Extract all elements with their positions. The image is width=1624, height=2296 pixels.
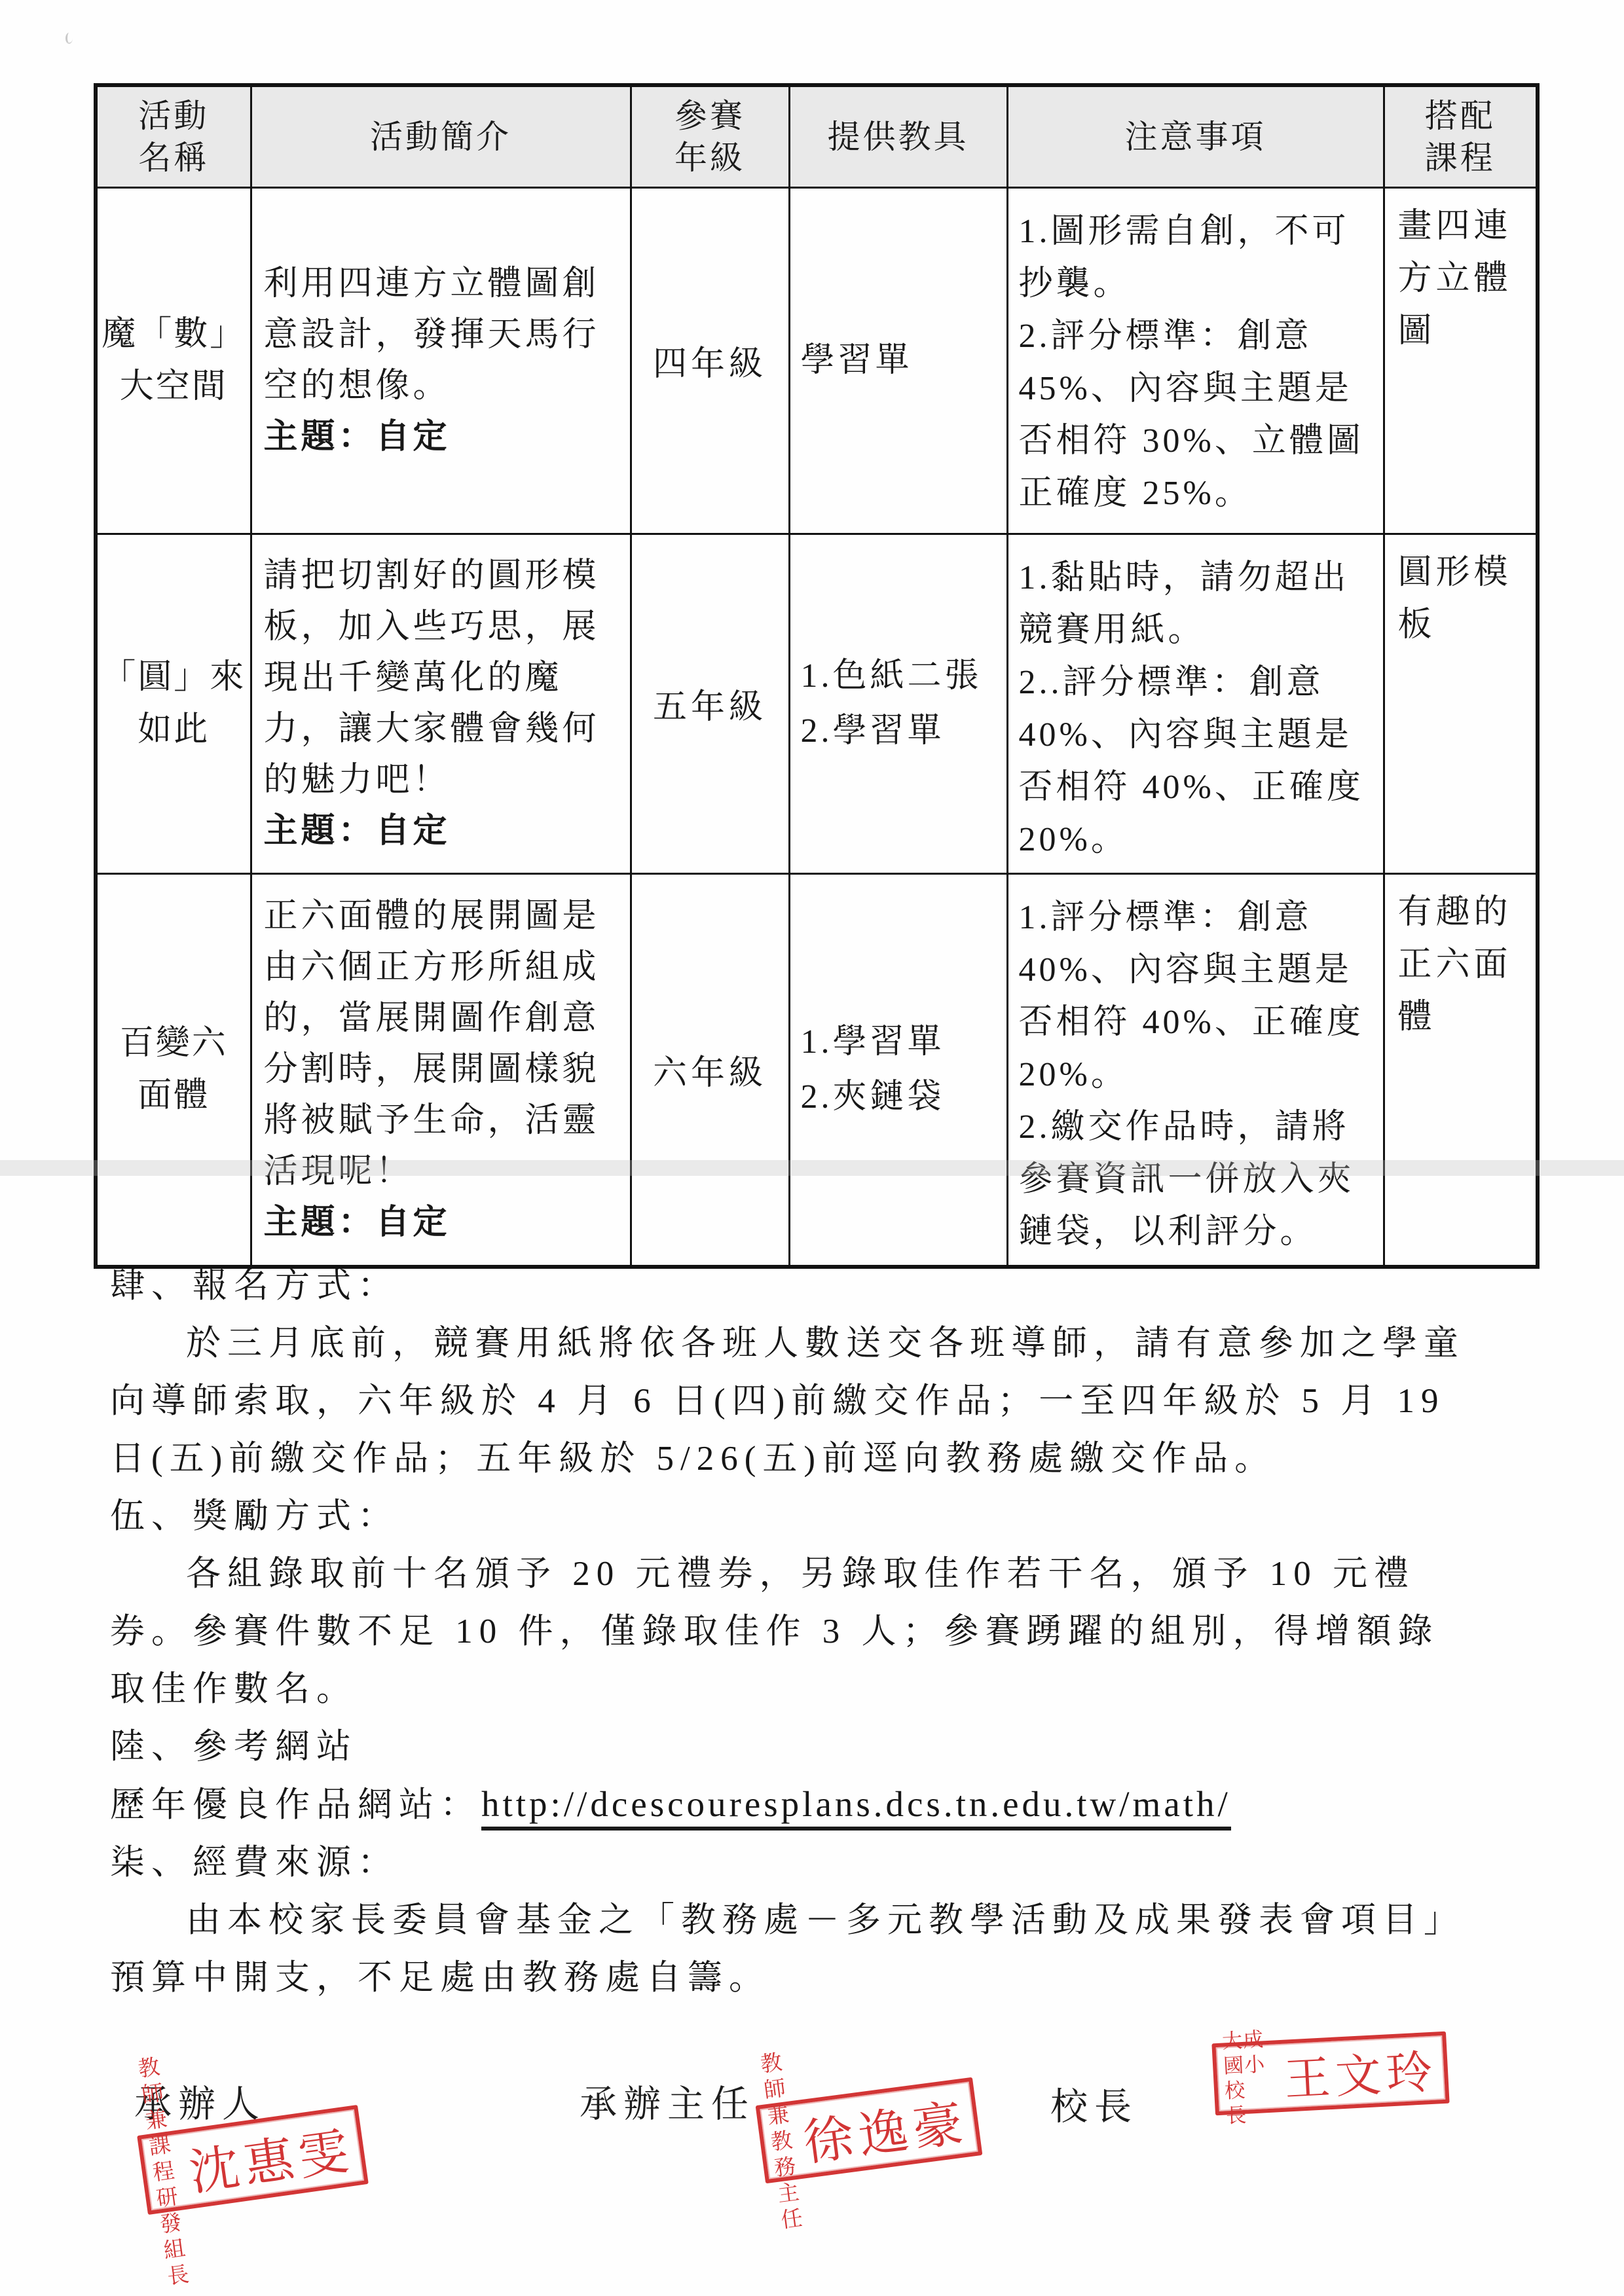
section-4-body: 於三月底前，競賽用紙將依各班人數送交各班導師，請有意參加之學童向導師索取，六年級… <box>110 1315 1475 1487</box>
table-row: 「圓」來 如此 請把切割好的圓形模板，加入些巧思，展現出千變萬化的魔力，讓大家體… <box>96 534 1538 873</box>
section-6-title: 陸、參考網站 <box>110 1718 1475 1776</box>
tool-item: 1.學習單 <box>801 1015 1001 1070</box>
notes-cell: 1.圖形需自創，不可抄襲。 2.評分標準：創意 45%、內容與主題是否相符 30… <box>1007 187 1384 534</box>
note-item: 2.評分標準：創意 45%、內容與主題是否相符 30%、立體圖正確度 25%。 <box>1019 310 1375 520</box>
stamp-name-text: 徐逸豪 <box>799 2082 972 2174</box>
grade-cell: 五年級 <box>631 534 789 873</box>
scan-speck <box>65 33 73 44</box>
header-tools: 提供教具 <box>789 85 1007 187</box>
director-stamp: 教師兼 教務主任 徐逸豪 <box>756 2077 983 2184</box>
grade-cell: 六年級 <box>631 873 789 1267</box>
notes-cell: 1.黏貼時，請勿超出競賽用紙。 2..評分標準：創意 40%、內容與主題是否相符… <box>1007 534 1384 873</box>
course-cell: 有趣的正六面體 <box>1384 873 1538 1267</box>
intro-text: 正六面體的展開圖是由六個正方形所組成的，當展開圖作創意分割時，展開圖樣貌將被賦予… <box>264 891 619 1197</box>
scanned-document-page: 活動 名稱 活動簡介 參賽 年級 提供教具 注意事項 搭配 課程 魔「數」 大空… <box>0 0 1624 2296</box>
theme-text: 主題：自定 <box>264 1197 619 1248</box>
notes-cell: 1.評分標準：創意 40%、內容與主題是否相符 40%、正確度 20%。 2.繳… <box>1007 873 1384 1267</box>
reference-site-line: 歷年優良作品網站：http://dcescouresplans.dcs.tn.e… <box>110 1776 1475 1834</box>
tools-cell: 學習單 <box>789 187 1007 534</box>
reference-site-label: 歷年優良作品網站： <box>110 1786 481 1824</box>
section-4-title: 肆、報名方式： <box>110 1257 1475 1315</box>
header-course: 搭配 課程 <box>1384 85 1538 187</box>
tool-item: 學習單 <box>801 333 1001 388</box>
tool-item: 2.學習單 <box>801 704 1001 759</box>
note-item: 2.繳交作品時，請將參賽資訊一併放入夾鏈袋，以利評分。 <box>1019 1101 1375 1258</box>
activity-intro: 利用四連方立體圖創意設計，發揮天馬行空的想像。 主題：自定 <box>251 187 631 534</box>
tool-item: 1.色紙二張 <box>801 649 1001 704</box>
table-row: 百變六 面體 正六面體的展開圖是由六個正方形所組成的，當展開圖作創意分割時，展開… <box>96 873 1538 1267</box>
activity-name: 百變六 面體 <box>96 873 251 1267</box>
activity-table: 活動 名稱 活動簡介 參賽 年級 提供教具 注意事項 搭配 課程 魔「數」 大空… <box>94 83 1540 1269</box>
section-7-body: 由本校家長委員會基金之「教務處－多元教學活動及成果發表會項目」預算中開支，不足處… <box>110 1891 1475 2007</box>
grade-cell: 四年級 <box>631 187 789 534</box>
header-activity-intro: 活動簡介 <box>251 85 631 187</box>
table-row: 魔「數」 大空間 利用四連方立體圖創意設計，發揮天馬行空的想像。 主題：自定 四… <box>96 187 1538 534</box>
tool-item: 2.夾鏈袋 <box>801 1070 1001 1125</box>
section-5-body: 各組錄取前十名頒予 20 元禮券，另錄取佳作若干名，頒予 10 元禮券。參賽件數… <box>110 1545 1475 1718</box>
undertaker-stamp: 教師兼課程 研發組長 沈惠雯 <box>137 2105 369 2215</box>
stamp-name-text: 王文玲 <box>1282 2035 1439 2109</box>
role-label-principal: 校長 <box>1050 2077 1138 2130</box>
course-cell: 圓形模板 <box>1384 534 1538 873</box>
stamp-title-text: 大成國小 校 長 <box>1221 2026 1280 2128</box>
principal-stamp: 大成國小 校 長 王文玲 <box>1211 2032 1449 2116</box>
course-cell: 畫四連方立體圖 <box>1384 187 1538 534</box>
note-item: 1.評分標準：創意 40%、內容與主題是否相符 40%、正確度 20%。 <box>1019 892 1375 1101</box>
activity-name: 「圓」來 如此 <box>96 534 251 873</box>
theme-text: 主題：自定 <box>264 806 619 857</box>
activity-intro: 正六面體的展開圖是由六個正方形所組成的，當展開圖作創意分割時，展開圖樣貌將被賦予… <box>251 873 631 1267</box>
tools-cell: 1.學習單 2.夾鏈袋 <box>789 873 1007 1267</box>
header-activity-name: 活動 名稱 <box>96 85 251 187</box>
tools-cell: 1.色紙二張 2.學習單 <box>789 534 1007 873</box>
section-7-title: 柒、經費來源： <box>110 1834 1475 1891</box>
activity-intro: 請把切割好的圓形模板，加入些巧思，展現出千變萬化的魔力，讓大家體會幾何的魅力吧！… <box>251 534 631 873</box>
header-grade: 參賽 年級 <box>631 85 789 187</box>
activity-name: 魔「數」 大空間 <box>96 187 251 534</box>
document-body: 肆、報名方式： 於三月底前，競賽用紙將依各班人數送交各班導師，請有意參加之學童向… <box>110 1257 1475 2007</box>
intro-text: 利用四連方立體圖創意設計，發揮天馬行空的想像。 <box>264 259 619 412</box>
reference-site-url[interactable]: http://dcescouresplans.dcs.tn.edu.tw/mat… <box>481 1784 1231 1831</box>
theme-text: 主題：自定 <box>264 412 619 463</box>
intro-text: 請把切割好的圓形模板，加入些巧思，展現出千變萬化的魔力，讓大家體會幾何的魅力吧！ <box>264 551 619 806</box>
table-header-row: 活動 名稱 活動簡介 參賽 年級 提供教具 注意事項 搭配 課程 <box>96 85 1538 187</box>
note-item: 1.圖形需自創，不可抄襲。 <box>1019 206 1375 310</box>
stamp-title-text: 教師兼 教務主任 <box>759 2049 809 2234</box>
note-item: 1.黏貼時，請勿超出競賽用紙。 <box>1019 552 1375 657</box>
role-label-director: 承辦主任 <box>580 2074 755 2128</box>
header-notes: 注意事項 <box>1007 85 1384 187</box>
note-item: 2..評分標準：創意 40%、內容與主題是否相符 40%、正確度 20%。 <box>1019 657 1375 866</box>
section-5-title: 伍、獎勵方式： <box>110 1487 1475 1545</box>
